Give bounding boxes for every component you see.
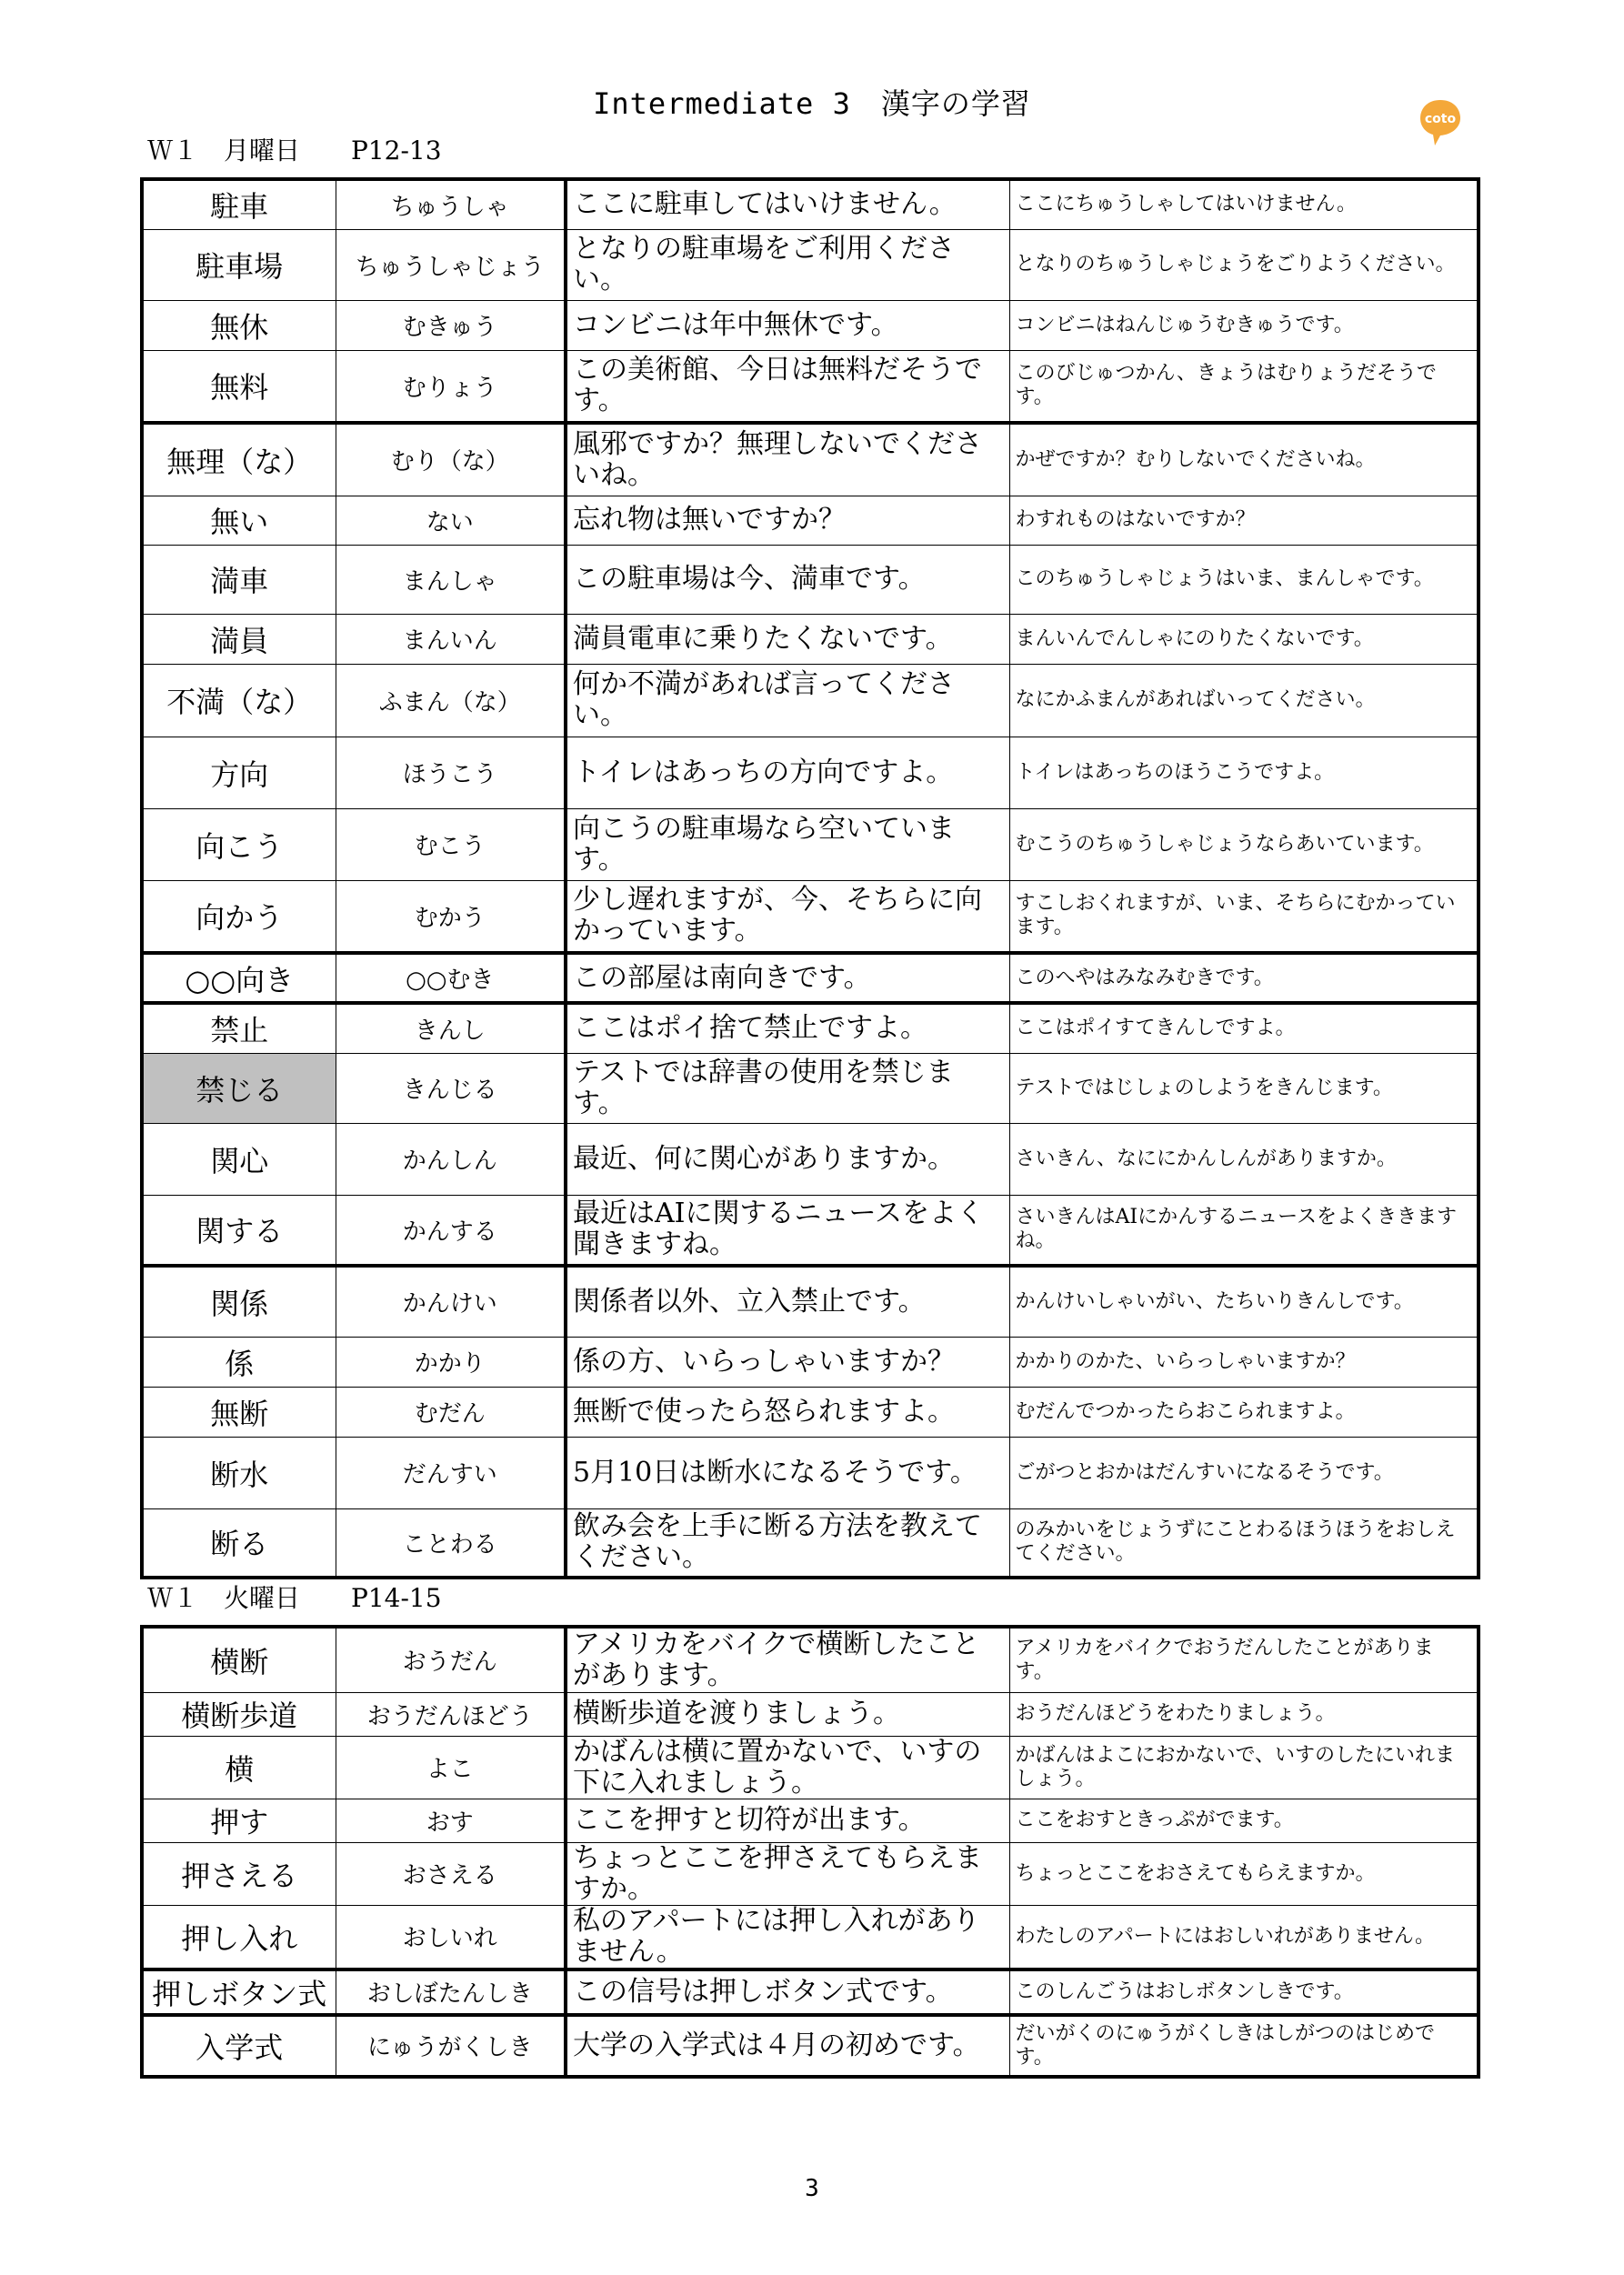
table-row: 無断 むだん 無断で使ったら怒られますよ。 むだんでつかったらおこられますよ。 (142, 1387, 1479, 1437)
table-row: 満車 まんしゃ この駐車場は今、満車です。 このちゅうしゃじょうはいま、まんしゃ… (142, 545, 1479, 614)
kanji-cell: ○○向き (142, 953, 336, 1003)
sentence-kana-cell: すこしおくれますが、いま、そちらにむかっています。 (1009, 880, 1479, 953)
sentence-kana-cell: このへやはみなみむきです。 (1009, 953, 1479, 1003)
table-row: 満員 まんいん 満員電車に乗りたくないです。 まんいんでんしゃにのりたくないです… (142, 614, 1479, 664)
kanji-cell-highlighted: 禁じる (142, 1053, 336, 1123)
table-row: 向かう むかう 少し遅れますが、今、そちらに向かっています。 すこしおくれますが… (142, 880, 1479, 953)
coto-logo-icon: coto (1415, 96, 1466, 147)
kanji-cell: 無断 (142, 1387, 336, 1437)
kanji-cell: 向こう (142, 808, 336, 880)
sentence-kana-cell: かばんはよこにおかないで、いすのしたにいれましょう。 (1009, 1736, 1479, 1799)
kanji-cell: 押す (142, 1799, 336, 1842)
sentence-cell: ちょっとここを押さえてもらえますか。 (566, 1842, 1009, 1905)
kanji-cell: 押しボタン式 (142, 1969, 336, 2015)
sentence-cell: かばんは横に置かないで、いすの下に入れましょう。 (566, 1736, 1009, 1799)
table-row: 入学式 にゅうがくしき 大学の入学式は４月の初めです。 だいがくのにゅうがくしき… (142, 2015, 1479, 2077)
sentence-cell: 風邪ですか？無理しないでくださいね。 (566, 423, 1009, 496)
table-row: 禁止 きんし ここはポイ捨て禁止ですよ。 ここはポイすてきんしですよ。 (142, 1003, 1479, 1053)
reading-cell: むり（な） (336, 423, 566, 496)
table-row: 方向 ほうこう トイレはあっちの方向ですよ。 トイレはあっちのほうこうですよ。 (142, 737, 1479, 808)
sentence-kana-cell: このちゅうしゃじょうはいま、まんしゃです。 (1009, 545, 1479, 614)
reading-cell: かんけい (336, 1266, 566, 1337)
sentence-cell: 最近はAIに関するニュースをよく聞きますね。 (566, 1195, 1009, 1266)
reading-cell: おさえる (336, 1842, 566, 1905)
sentence-kana-cell: わすれものはないですか？ (1009, 496, 1479, 545)
table-row: 押し入れ おしいれ 私のアパートには押し入れがありません。 わたしのアパートには… (142, 1905, 1479, 1969)
table-row: 禁じる きんじる テストでは辞書の使用を禁じます。 テストではじしょのしようをき… (142, 1053, 1479, 1123)
table-row: 押しボタン式 おしぼたんしき この信号は押しボタン式です。 このしんごうはおしボ… (142, 1969, 1479, 2015)
sentence-cell: となりの駐車場をご利用ください。 (566, 229, 1009, 300)
table-row: 押さえる おさえる ちょっとここを押さえてもらえますか。 ちょっとここをおさえて… (142, 1842, 1479, 1905)
sentence-kana-cell: おうだんほどうをわたりましょう。 (1009, 1692, 1479, 1736)
kanji-cell: 禁止 (142, 1003, 336, 1053)
table-row: 無理（な） むり（な） 風邪ですか？無理しないでくださいね。 かぜですか？むりし… (142, 423, 1479, 496)
logo-text: coto (1425, 112, 1457, 126)
sentence-cell: この信号は押しボタン式です。 (566, 1969, 1009, 2015)
sentence-kana-cell: ここにちゅうしゃしてはいけません。 (1009, 179, 1479, 229)
table-row: 横断 おうだん アメリカをバイクで横断したことがあります。 アメリカをバイクでお… (142, 1627, 1479, 1692)
sentence-kana-cell: かんけいしゃいがい、たちいりきんしです。 (1009, 1266, 1479, 1337)
section-heading-monday: Ｗ１ 月曜日 P12-13 (147, 135, 442, 167)
sentence-cell: 5月10日は断水になるそうです。 (566, 1437, 1009, 1508)
kanji-cell: 関する (142, 1195, 336, 1266)
sentence-kana-cell: ここをおすときっぷがでます。 (1009, 1799, 1479, 1842)
sentence-kana-cell: だいがくのにゅうがくしきはしがつのはじめです。 (1009, 2015, 1479, 2077)
table-row: 不満（な） ふまん（な） 何か不満があれば言ってください。 なにかふまんがあれば… (142, 664, 1479, 737)
sentence-cell: この美術館、今日は無料だそうです。 (566, 350, 1009, 423)
reading-cell: ほうこう (336, 737, 566, 808)
reading-cell: きんじる (336, 1053, 566, 1123)
reading-cell: ふまん（な） (336, 664, 566, 737)
kanji-cell: 横 (142, 1736, 336, 1799)
table-row: 関心 かんしん 最近、何に関心がありますか。 さいきん、なににかんしんがあります… (142, 1123, 1479, 1195)
table-row: 関係 かんけい 関係者以外、立入禁止です。 かんけいしゃいがい、たちいりきんしで… (142, 1266, 1479, 1337)
kanji-cell: 駐車 (142, 179, 336, 229)
sentence-cell: 満員電車に乗りたくないです。 (566, 614, 1009, 664)
kanji-cell: 向かう (142, 880, 336, 953)
reading-cell: まんいん (336, 614, 566, 664)
reading-cell: ことわる (336, 1508, 566, 1578)
sentence-kana-cell: まんいんでんしゃにのりたくないです。 (1009, 614, 1479, 664)
kanji-cell: 関心 (142, 1123, 336, 1195)
sentence-cell: この部屋は南向きです。 (566, 953, 1009, 1003)
kanji-cell: 無い (142, 496, 336, 545)
sentence-cell: ここに駐車してはいけません。 (566, 179, 1009, 229)
sentence-cell: テストでは辞書の使用を禁じます。 (566, 1053, 1009, 1123)
sentence-kana-cell: となりのちゅうしゃじょうをごりようください。 (1009, 229, 1479, 300)
sentence-kana-cell: アメリカをバイクでおうだんしたことがあります。 (1009, 1627, 1479, 1692)
reading-cell: おしいれ (336, 1905, 566, 1969)
kanji-cell: 横断歩道 (142, 1692, 336, 1736)
table-row: ○○向き ○○むき この部屋は南向きです。 このへやはみなみむきです。 (142, 953, 1479, 1003)
table-row: 断水 だんすい 5月10日は断水になるそうです。 ごがつとおかはだんすいになるそ… (142, 1437, 1479, 1508)
sentence-kana-cell: このびじゅつかん、きょうはむりょうだそうです。 (1009, 350, 1479, 423)
sentence-cell: 係の方、いらっしゃいますか？ (566, 1337, 1009, 1387)
page-number: 3 (0, 2175, 1624, 2202)
sentence-cell: 横断歩道を渡りましょう。 (566, 1692, 1009, 1736)
table-row: 駐車 ちゅうしゃ ここに駐車してはいけません。 ここにちゅうしゃしてはいけません… (142, 179, 1479, 229)
kanji-cell: 満車 (142, 545, 336, 614)
sentence-kana-cell: テストではじしょのしようをきんじます。 (1009, 1053, 1479, 1123)
kanji-cell: 断る (142, 1508, 336, 1578)
sentence-kana-cell: ちょっとここをおさえてもらえますか。 (1009, 1842, 1479, 1905)
reading-cell: ない (336, 496, 566, 545)
kanji-cell: 満員 (142, 614, 336, 664)
table-row: 駐車場 ちゅうしゃじょう となりの駐車場をご利用ください。 となりのちゅうしゃじ… (142, 229, 1479, 300)
table-row: 関する かんする 最近はAIに関するニュースをよく聞きますね。 さいきんはAIに… (142, 1195, 1479, 1266)
reading-cell: かんする (336, 1195, 566, 1266)
reading-cell: おうだんほどう (336, 1692, 566, 1736)
sentence-kana-cell: むこうのちゅうしゃじょうならあいています。 (1009, 808, 1479, 880)
sentence-cell: 向こうの駐車場なら空いています。 (566, 808, 1009, 880)
sentence-kana-cell: このしんごうはおしボタンしきです。 (1009, 1969, 1479, 2015)
sentence-kana-cell: かかりのかた、いらっしゃいますか？ (1009, 1337, 1479, 1387)
kanji-cell: 無休 (142, 300, 336, 350)
kanji-cell: 押し入れ (142, 1905, 336, 1969)
reading-cell: きんし (336, 1003, 566, 1053)
reading-cell: よこ (336, 1736, 566, 1799)
table-row: 横 よこ かばんは横に置かないで、いすの下に入れましょう。 かばんはよこにおかな… (142, 1736, 1479, 1799)
vocab-table-tuesday: 横断 おうだん アメリカをバイクで横断したことがあります。 アメリカをバイクでお… (140, 1625, 1480, 2079)
table-row: 横断歩道 おうだんほどう 横断歩道を渡りましょう。 おうだんほどうをわたりましょ… (142, 1692, 1479, 1736)
table-row: 係 かかり 係の方、いらっしゃいますか？ かかりのかた、いらっしゃいますか？ (142, 1337, 1479, 1387)
kanji-cell: 関係 (142, 1266, 336, 1337)
kanji-cell: 押さえる (142, 1842, 336, 1905)
sentence-cell: 無断で使ったら怒られますよ。 (566, 1387, 1009, 1437)
sentence-cell: 私のアパートには押し入れがありません。 (566, 1905, 1009, 1969)
sentence-kana-cell: ここはポイすてきんしですよ。 (1009, 1003, 1479, 1053)
sentence-cell: 大学の入学式は４月の初めです。 (566, 2015, 1009, 2077)
table-row: 無休 むきゅう コンビニは年中無休です。 コンビニはねんじゅうむきゅうです。 (142, 300, 1479, 350)
kanji-cell: 無料 (142, 350, 336, 423)
sentence-kana-cell: なにかふまんがあればいってください。 (1009, 664, 1479, 737)
sentence-kana-cell: かぜですか？むりしないでくださいね。 (1009, 423, 1479, 496)
sentence-cell: 忘れ物は無いですか？ (566, 496, 1009, 545)
sentence-cell: 少し遅れますが、今、そちらに向かっています。 (566, 880, 1009, 953)
reading-cell: おうだん (336, 1627, 566, 1692)
sentence-cell: トイレはあっちの方向ですよ。 (566, 737, 1009, 808)
sentence-cell: 関係者以外、立入禁止です。 (566, 1266, 1009, 1337)
sentence-kana-cell: わたしのアパートにはおしいれがありません。 (1009, 1905, 1479, 1969)
vocab-table-monday: 駐車 ちゅうしゃ ここに駐車してはいけません。 ここにちゅうしゃしてはいけません… (140, 177, 1480, 1579)
reading-cell: ちゅうしゃじょう (336, 229, 566, 300)
kanji-cell: 係 (142, 1337, 336, 1387)
sentence-cell: アメリカをバイクで横断したことがあります。 (566, 1627, 1009, 1692)
sentence-cell: ここはポイ捨て禁止ですよ。 (566, 1003, 1009, 1053)
reading-cell: むかう (336, 880, 566, 953)
sentence-cell: 最近、何に関心がありますか。 (566, 1123, 1009, 1195)
sentence-kana-cell: のみかいをじょうずにことわるほうほうをおしえてください。 (1009, 1508, 1479, 1578)
reading-cell: かかり (336, 1337, 566, 1387)
sentence-kana-cell: コンビニはねんじゅうむきゅうです。 (1009, 300, 1479, 350)
reading-cell: おす (336, 1799, 566, 1842)
kanji-cell: 無理（な） (142, 423, 336, 496)
reading-cell: ちゅうしゃ (336, 179, 566, 229)
reading-cell: ○○むき (336, 953, 566, 1003)
sentence-kana-cell: ごがつとおかはだんすいになるそうです。 (1009, 1437, 1479, 1508)
sentence-cell: ここを押すと切符が出ます。 (566, 1799, 1009, 1842)
reading-cell: かんしん (336, 1123, 566, 1195)
reading-cell: にゅうがくしき (336, 2015, 566, 2077)
kanji-cell: 入学式 (142, 2015, 336, 2077)
sentence-kana-cell: さいきん、なににかんしんがありますか。 (1009, 1123, 1479, 1195)
page-title: Intermediate 3 漢字の学習 (0, 84, 1624, 124)
kanji-cell: 横断 (142, 1627, 336, 1692)
sentence-kana-cell: さいきんはAIにかんするニュースをよくききますね。 (1009, 1195, 1479, 1266)
table-row: 無い ない 忘れ物は無いですか？ わすれものはないですか？ (142, 496, 1479, 545)
reading-cell: おしぼたんしき (336, 1969, 566, 2015)
reading-cell: むだん (336, 1387, 566, 1437)
sentence-cell: コンビニは年中無休です。 (566, 300, 1009, 350)
sentence-cell: 飲み会を上手に断る方法を教えてください。 (566, 1508, 1009, 1578)
reading-cell: まんしゃ (336, 545, 566, 614)
section-heading-tuesday: Ｗ１ 火曜日 P14-15 (147, 1582, 442, 1615)
kanji-cell: 方向 (142, 737, 336, 808)
table-row: 断る ことわる 飲み会を上手に断る方法を教えてください。 のみかいをじょうずにこ… (142, 1508, 1479, 1578)
sentence-kana-cell: トイレはあっちのほうこうですよ。 (1009, 737, 1479, 808)
reading-cell: むきゅう (336, 300, 566, 350)
sentence-cell: 何か不満があれば言ってください。 (566, 664, 1009, 737)
table-row: 向こう むこう 向こうの駐車場なら空いています。 むこうのちゅうしゃじょうならあ… (142, 808, 1479, 880)
reading-cell: だんすい (336, 1437, 566, 1508)
sentence-cell: この駐車場は今、満車です。 (566, 545, 1009, 614)
table-row: 押す おす ここを押すと切符が出ます。 ここをおすときっぷがでます。 (142, 1799, 1479, 1842)
reading-cell: むこう (336, 808, 566, 880)
sentence-kana-cell: むだんでつかったらおこられますよ。 (1009, 1387, 1479, 1437)
kanji-cell: 断水 (142, 1437, 336, 1508)
table-row: 無料 むりょう この美術館、今日は無料だそうです。 このびじゅつかん、きょうはむ… (142, 350, 1479, 423)
kanji-cell: 駐車場 (142, 229, 336, 300)
reading-cell: むりょう (336, 350, 566, 423)
kanji-cell: 不満（な） (142, 664, 336, 737)
